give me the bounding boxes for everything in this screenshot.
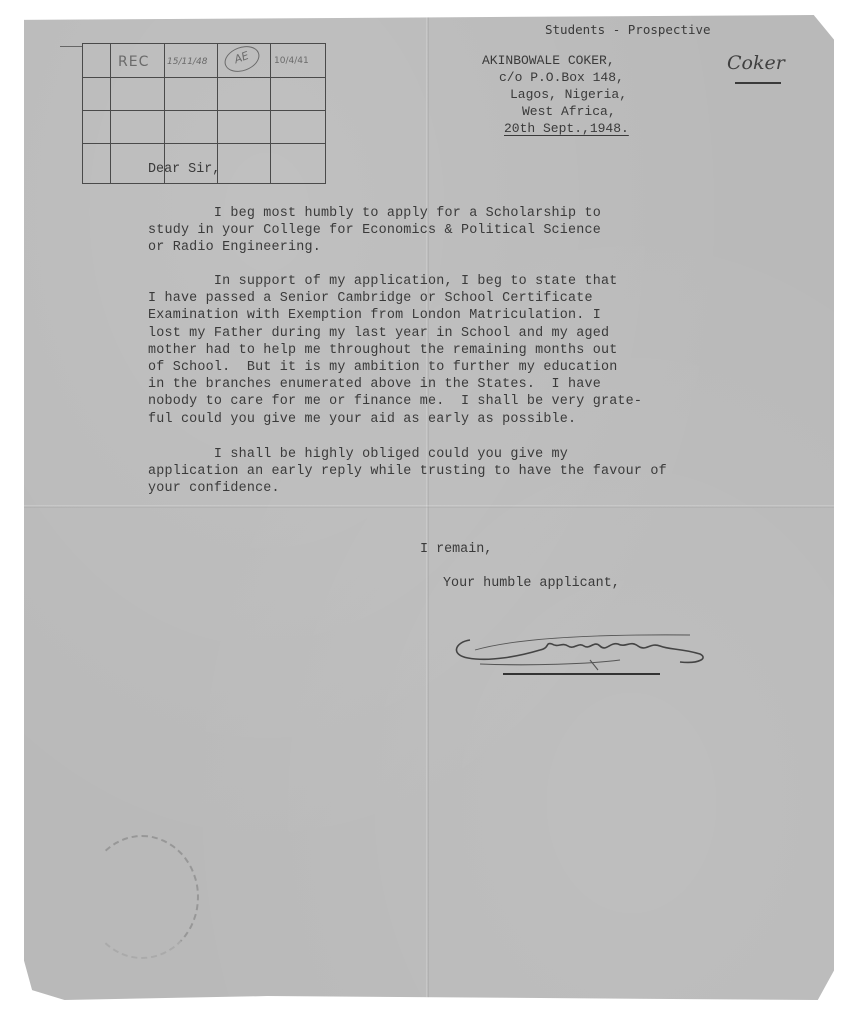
body-paragraph-1: I beg most humbly to apply for a Scholar… (148, 205, 601, 257)
body-paragraph-3: I shall be highly obliged could you give… (148, 446, 667, 498)
stamp-cell (83, 44, 111, 78)
stamp-cell (111, 111, 165, 144)
closing-phrase: Your humble applicant, (443, 576, 620, 591)
address-line: Lagos, Nigeria, (482, 86, 629, 103)
closing: I remain, (420, 542, 492, 557)
stamp-cell (165, 111, 218, 144)
horizontal-fold-crease (24, 505, 834, 508)
stamp-cell (83, 144, 111, 183)
letter-date: 20th Sept.,1948. (482, 120, 629, 137)
signature-underline (503, 673, 660, 675)
initials-mark: AE (221, 42, 263, 77)
sender-name: AKINBOWALE COKER, (482, 52, 629, 69)
paper-stain-mark (85, 835, 199, 959)
stamp-cell-initials: AE (218, 44, 271, 78)
stamp-cell-rec: REC (111, 44, 165, 78)
sender-address: AKINBOWALE COKER, c/o P.O.Box 148, Lagos… (482, 52, 629, 137)
salutation: Dear Sir, (148, 162, 220, 177)
ans-date: 10/4/41 (274, 56, 309, 66)
signature (450, 620, 720, 675)
handwritten-note: Coker (727, 52, 785, 74)
address-line: West Africa, (482, 103, 629, 120)
stamp-cell (83, 111, 111, 144)
category-header: Students - Prospective (545, 22, 711, 37)
handwritten-note-underline (735, 82, 781, 84)
body-paragraph-2: In support of my application, I beg to s… (148, 273, 642, 428)
stamp-cell (218, 78, 271, 111)
stamp-tick-mark (60, 46, 82, 47)
rec-label: REC (118, 54, 149, 70)
stamp-cell (271, 78, 325, 111)
stamp-cell (83, 78, 111, 111)
stamp-cell (111, 78, 165, 111)
stamp-cell (218, 144, 271, 183)
stamp-cell (271, 111, 325, 144)
rec-date: 15/11/48 (167, 57, 207, 67)
stamp-cell (165, 78, 218, 111)
stamp-cell-ans-date: 10/4/41 (271, 44, 325, 78)
stamp-cell (271, 144, 325, 183)
address-line: c/o P.O.Box 148, (482, 69, 629, 86)
stamp-cell (218, 111, 271, 144)
stamp-cell-rec-date: 15/11/48 (165, 44, 218, 78)
